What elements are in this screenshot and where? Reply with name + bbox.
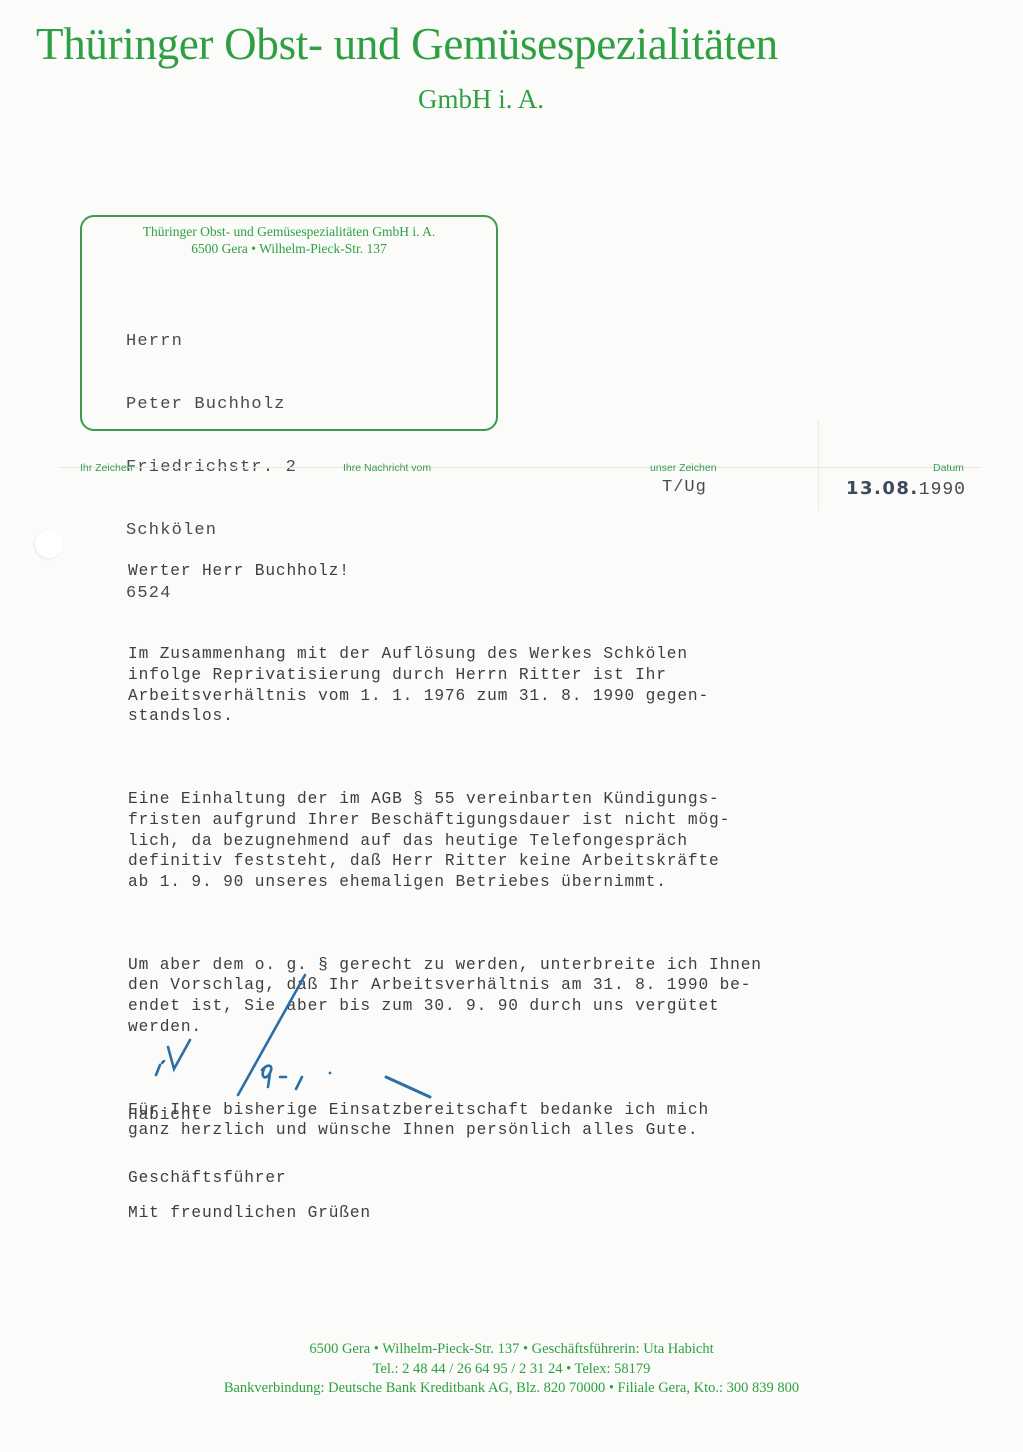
- sender-return-address: Thüringer Obst- und Gemüsespezialitäten …: [82, 223, 496, 257]
- letterhead-footer: 6500 Gera • Wilhelm-Pieck-Str. 137 • Ges…: [0, 1340, 1023, 1399]
- signer-name: Habicht: [128, 1105, 286, 1126]
- paragraph: Im Zusammenhang mit der Auflösung des We…: [128, 644, 762, 727]
- punch-hole: [35, 530, 63, 558]
- label-ihr-zeichen: Ihr Zeichen: [80, 462, 133, 474]
- address-window: Thüringer Obst- und Gemüsespezialitäten …: [80, 215, 498, 431]
- date-stamp: 13.08.: [846, 478, 919, 499]
- label-datum: Datum: [933, 462, 964, 474]
- letterhead-title: Thüringer Obst- und Gemüsespezialitäten: [36, 18, 778, 70]
- value-datum: 13.08.1990: [846, 478, 966, 500]
- recipient-line: Peter Buchholz: [126, 394, 297, 415]
- value-unser-zeichen: T/Ug: [662, 478, 707, 497]
- paragraph: Eine Einhaltung der im AGB § 55 vereinba…: [128, 789, 762, 893]
- sender-line-company: Thüringer Obst- und Gemüsespezialitäten …: [82, 223, 496, 240]
- signer-block: Habicht Geschäftsführer: [128, 1064, 286, 1230]
- sender-line-street: 6500 Gera • Wilhelm-Pieck-Str. 137: [82, 240, 496, 257]
- label-unser-zeichen: unser Zeichen: [650, 462, 717, 474]
- label-ihre-nachricht: Ihre Nachricht vom: [343, 462, 431, 474]
- footer-phone: Tel.: 2 48 44 / 26 64 95 / 2 31 24 • Tel…: [0, 1360, 1023, 1380]
- paper-fold-mark: [818, 420, 819, 510]
- signer-title: Geschäftsführer: [128, 1168, 286, 1189]
- footer-address: 6500 Gera • Wilhelm-Pieck-Str. 137 • Ges…: [0, 1340, 1023, 1360]
- salutation: Werter Herr Buchholz!: [128, 561, 762, 582]
- date-year: 1990: [919, 480, 966, 500]
- recipient-line: Herrn: [126, 331, 297, 352]
- letterhead-subtitle: GmbH i. A.: [418, 84, 544, 115]
- reference-rule: [60, 467, 980, 468]
- footer-bank: Bankverbindung: Deutsche Bank Kreditbank…: [0, 1379, 1023, 1399]
